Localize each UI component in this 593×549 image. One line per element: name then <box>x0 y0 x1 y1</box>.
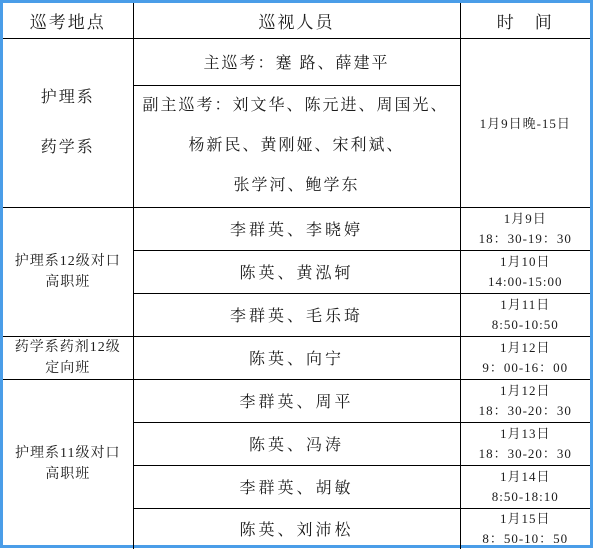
group1-location-line1: 护理系 <box>3 73 133 123</box>
time-range: 9：00-16：00 <box>461 358 591 378</box>
group1-location-line2: 药学系 <box>3 123 133 173</box>
group1-location-cell: 护理系 药学系 <box>3 38 133 207</box>
personnel-cell: 李群英、毛乐琦 <box>133 293 460 336</box>
group4-location-line2: 高职班 <box>3 464 133 485</box>
time-range: 8：50-10：50 <box>461 529 591 549</box>
time-date: 1月12日 <box>461 381 591 401</box>
personnel-cell: 陈英、向宁 <box>133 336 460 379</box>
table-row: 护理系12级对口 高职班 李群英、李晓婷 1月9日 18：30-19：30 <box>3 207 590 250</box>
time-cell: 1月12日 18：30-20：30 <box>460 379 590 422</box>
group3-location-cell: 药学系药剂12级 定向班 <box>3 336 133 379</box>
group4-location-cell: 护理系11级对口 高职班 <box>3 379 133 549</box>
table-header-row: 巡考地点 巡视人员 时 间 <box>3 3 590 38</box>
time-date: 1月14日 <box>461 467 591 487</box>
header-time: 时 间 <box>460 3 590 38</box>
group1-deputy-line2: 杨新民、黄刚娅、宋利斌、 <box>134 126 460 166</box>
personnel-cell: 李群英、周平 <box>133 379 460 422</box>
personnel-cell: 陈英、冯涛 <box>133 422 460 465</box>
time-date: 1月9日 <box>461 209 591 229</box>
time-date: 1月11日 <box>461 295 591 315</box>
time-range: 8:50-10:50 <box>461 315 591 335</box>
table-row: 护理系 药学系 主巡考：蹇 路、薛建平 1月9日晚-15日 <box>3 38 590 85</box>
time-range: 14:00-15:00 <box>461 272 591 292</box>
group3-location-line2: 定向班 <box>3 358 133 379</box>
time-cell: 1月14日 8:50-18:10 <box>460 465 590 508</box>
group3-location-line1: 药学系药剂12级 <box>3 337 133 358</box>
patrol-schedule-table: 巡考地点 巡视人员 时 间 护理系 药学系 主巡考：蹇 路、薛建平 1月9日晚-… <box>3 3 590 549</box>
personnel-cell: 陈英、黄泓轲 <box>133 250 460 293</box>
table-row: 药学系药剂12级 定向班 陈英、向宁 1月12日 9：00-16：00 <box>3 336 590 379</box>
personnel-cell: 李群英、李晓婷 <box>133 207 460 250</box>
group2-location-line2: 高职班 <box>3 272 133 293</box>
time-date: 1月10日 <box>461 252 591 272</box>
group1-time-cell: 1月9日晚-15日 <box>460 38 590 207</box>
time-range: 8:50-18:10 <box>461 487 591 507</box>
time-date: 1月12日 <box>461 338 591 358</box>
time-cell: 1月15日 8：50-10：50 <box>460 508 590 549</box>
group1-deputy-line1: 副主巡考：刘文华、陈元进、周国光、 <box>134 86 460 126</box>
time-date: 1月15日 <box>461 509 591 529</box>
personnel-cell: 李群英、胡敏 <box>133 465 460 508</box>
time-range: 18：30-20：30 <box>461 401 591 421</box>
time-range: 18：30-20：30 <box>461 444 591 464</box>
header-location: 巡考地点 <box>3 3 133 38</box>
personnel-cell: 陈英、刘沛松 <box>133 508 460 549</box>
time-cell: 1月11日 8:50-10:50 <box>460 293 590 336</box>
group1-deputy-inspectors-cell: 副主巡考：刘文华、陈元进、周国光、 杨新民、黄刚娅、宋利斌、 张学河、鲍学东 <box>133 85 460 207</box>
group2-location-cell: 护理系12级对口 高职班 <box>3 207 133 336</box>
group1-main-inspectors-cell: 主巡考：蹇 路、薛建平 <box>133 38 460 85</box>
group4-location-line1: 护理系11级对口 <box>3 443 133 464</box>
time-cell: 1月9日 18：30-19：30 <box>460 207 590 250</box>
header-personnel: 巡视人员 <box>133 3 460 38</box>
time-date: 1月13日 <box>461 424 591 444</box>
group1-deputy-line3: 张学河、鲍学东 <box>134 166 460 206</box>
table-row: 护理系11级对口 高职班 李群英、周平 1月12日 18：30-20：30 <box>3 379 590 422</box>
time-cell: 1月12日 9：00-16：00 <box>460 336 590 379</box>
exam-patrol-schedule: 巡考地点 巡视人员 时 间 护理系 药学系 主巡考：蹇 路、薛建平 1月9日晚-… <box>0 0 593 548</box>
time-cell: 1月10日 14:00-15:00 <box>460 250 590 293</box>
time-cell: 1月13日 18：30-20：30 <box>460 422 590 465</box>
group2-location-line1: 护理系12级对口 <box>3 251 133 272</box>
time-range: 18：30-19：30 <box>461 229 591 249</box>
